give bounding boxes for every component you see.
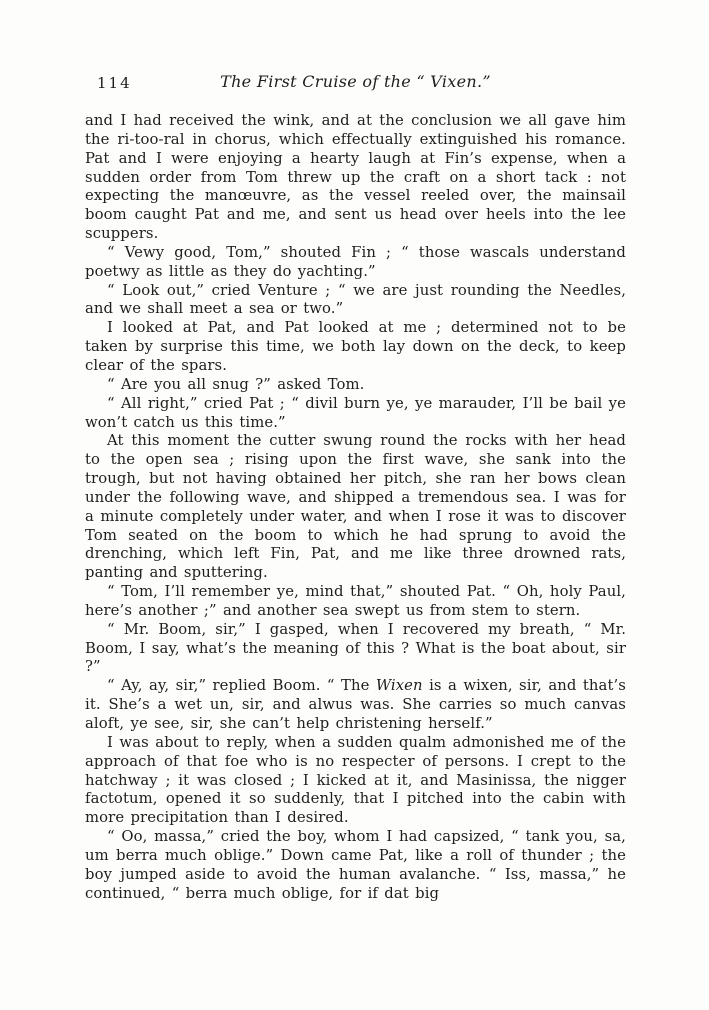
paragraph: “ Look out,” cried Venture ; “ we are ju… bbox=[85, 282, 626, 320]
text-run: “ Mr. Boom, sir,” I gasped, when I recov… bbox=[85, 621, 626, 676]
text-run: and I had received the wink, and at the … bbox=[85, 112, 626, 242]
paragraph: “ Are you all snug ?” asked Tom. bbox=[85, 376, 626, 395]
text-run: I looked at Pat, and Pat looked at me ; … bbox=[85, 319, 626, 374]
book-page-scan: 114 The First Cruise of the “ Vixen.” an… bbox=[0, 0, 709, 1010]
page-body: and I had received the wink, and at the … bbox=[85, 112, 626, 903]
paragraph: I looked at Pat, and Pat looked at me ; … bbox=[85, 319, 626, 376]
text-run: I was about to reply, when a sudden qual… bbox=[85, 734, 626, 826]
paragraph: I was about to reply, when a sudden qual… bbox=[85, 734, 626, 828]
paragraph: “ Ay, ay, sir,” replied Boom. “ The Wixe… bbox=[85, 677, 626, 734]
text-run: “ Tom, I’ll remember ye, mind that,” sho… bbox=[85, 583, 626, 619]
text-run: At this moment the cutter swung round th… bbox=[85, 432, 626, 581]
italic-text-run: Wixen bbox=[376, 677, 423, 694]
paragraph: “ All right,” cried Pat ; “ divil burn y… bbox=[85, 395, 626, 433]
paragraph: “ Vewy good, Tom,” shouted Fin ; “ those… bbox=[85, 244, 626, 282]
running-header-title: The First Cruise of the “ Vixen.” bbox=[85, 72, 626, 91]
text-block: 114 The First Cruise of the “ Vixen.” an… bbox=[85, 72, 626, 903]
text-run: “ Are you all snug ?” asked Tom. bbox=[107, 376, 364, 393]
paragraph: and I had received the wink, and at the … bbox=[85, 112, 626, 244]
text-run: “ Ay, ay, sir,” replied Boom. “ The bbox=[107, 677, 376, 694]
running-header: 114 The First Cruise of the “ Vixen.” bbox=[85, 72, 626, 96]
text-run: “ Oo, massa,” cried the boy, whom I had … bbox=[85, 828, 626, 902]
paragraph: “ Mr. Boom, sir,” I gasped, when I recov… bbox=[85, 621, 626, 678]
paragraph: At this moment the cutter swung round th… bbox=[85, 432, 626, 583]
text-run: “ Look out,” cried Venture ; “ we are ju… bbox=[85, 282, 626, 318]
paragraph: “ Tom, I’ll remember ye, mind that,” sho… bbox=[85, 583, 626, 621]
paragraph: “ Oo, massa,” cried the boy, whom I had … bbox=[85, 828, 626, 903]
text-run: “ Vewy good, Tom,” shouted Fin ; “ those… bbox=[85, 244, 626, 280]
text-run: “ All right,” cried Pat ; “ divil burn y… bbox=[85, 395, 626, 431]
